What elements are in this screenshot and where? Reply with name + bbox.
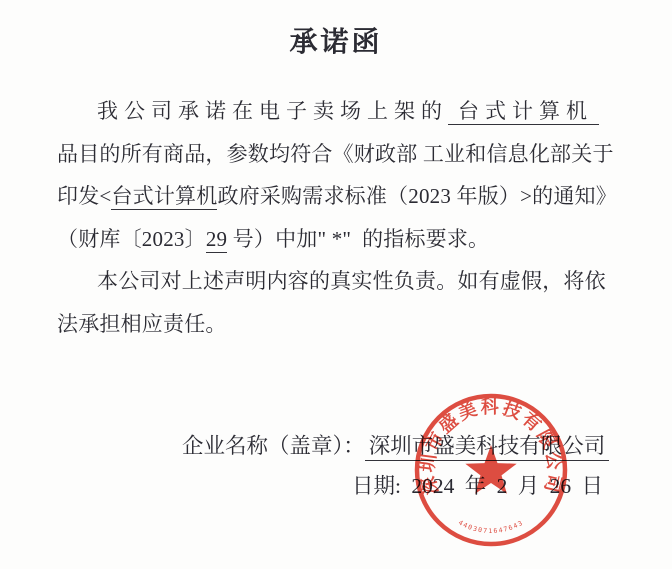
date-label: 日期:: [352, 474, 411, 498]
underlined-document-number: 29: [206, 227, 227, 253]
company-name: 深圳市盛美科技有限公司: [365, 434, 610, 461]
p2-line2-text: 法承担相应责任。: [57, 312, 227, 336]
paragraph2-line1: 本公司对上述声明内容的真实性负责。如有虚假，将依: [57, 260, 615, 303]
p1-line1-text: 我公司承诺在电子卖场上架的: [97, 99, 448, 123]
seal-serial-number: 4403071647643: [457, 519, 525, 536]
paragraph1-line4: （财库〔2023〕29 号）中加" *" 的指标要求。: [57, 218, 615, 261]
letter-body: 我公司承诺在电子卖场上架的台式计算机 品目的所有商品，参数均符合《财政部 工业和…: [57, 90, 615, 345]
paragraph2-line2: 法承担相应责任。: [57, 303, 615, 346]
p1-line3-pre: 印发<: [57, 184, 111, 208]
signature-date-line: 日期: 2024 年 2 月 26 日: [352, 469, 603, 500]
p2-line1-text: 本公司对上述声明内容的真实性负责。如有虚假，将依: [97, 269, 606, 293]
underlined-product-category: 台式计算机: [448, 99, 599, 125]
paragraph1-line2: 品目的所有商品，参数均符合《财政部 工业和信息化部关于: [57, 133, 615, 176]
p1-line4-pre: （财库〔2023〕: [57, 227, 206, 251]
paragraph1-line3: 印发<台式计算机政府采购需求标准（2023 年版）>的通知》: [57, 175, 615, 218]
p1-line2-text: 品目的所有商品，参数均符合《财政部 工业和信息化部关于: [57, 142, 614, 166]
company-label: 企业名称（盖章）：: [182, 434, 365, 458]
page-title: 承诺函: [0, 20, 672, 60]
signature-company-line: 企业名称（盖章）：深圳市盛美科技有限公司: [182, 429, 609, 460]
seal-serial-text-shape: 4403071647643: [457, 519, 525, 536]
p1-line4-post: 号）中加" *" 的指标要求。: [227, 227, 489, 251]
paragraph1-line1: 我公司承诺在电子卖场上架的台式计算机: [57, 90, 615, 133]
p1-line3-post: 政府采购需求标准（2023 年版）>的通知》: [217, 184, 617, 208]
underlined-standard-name: 台式计算机: [111, 184, 217, 210]
scanned-letter-page: 承诺函 我公司承诺在电子卖场上架的台式计算机 品目的所有商品，参数均符合《财政部…: [0, 0, 672, 569]
date-value: 2024 年 2 月 26 日: [411, 474, 603, 498]
